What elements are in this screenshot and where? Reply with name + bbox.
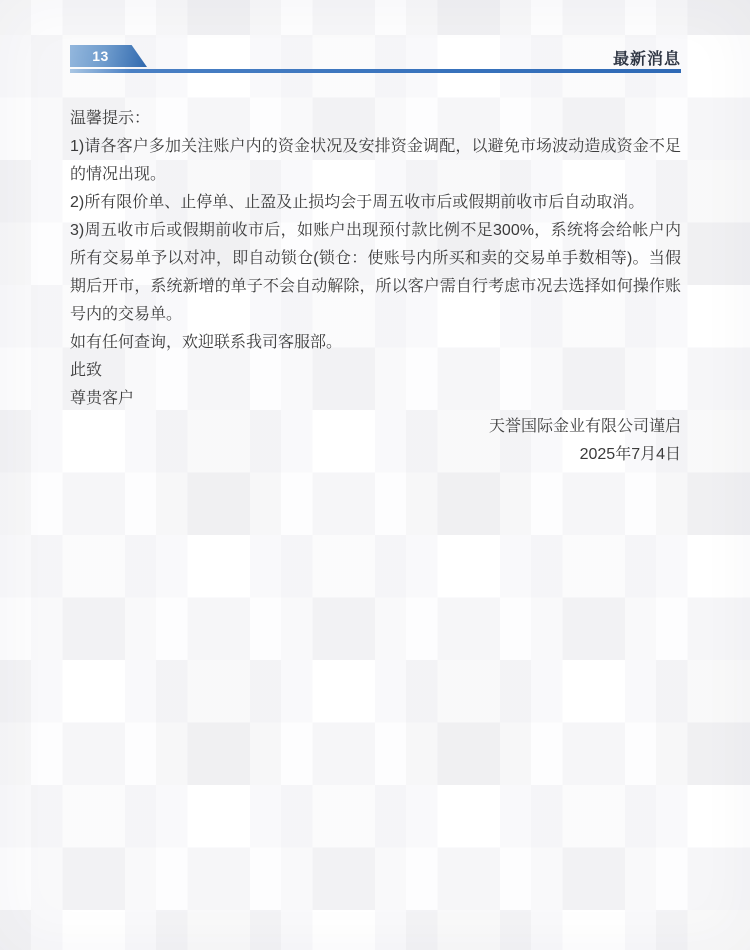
signature-line: 天誉国际金业有限公司谨启 [70, 413, 681, 441]
tip-line-2: 2)所有限价单、止停单、止盈及止损均会于周五收市后或假期前收市后自动取消。 [70, 189, 681, 217]
page-number-badge: 13 [70, 45, 147, 67]
tip-line-3: 3)周五收市后或假期前收市后，如账户出现预付款比例不足300%，系统将会给帐户内… [70, 217, 681, 329]
letter-body: 温馨提示： 1)请各客户多加关注账户内的资金状况及安排资金调配，以避免市场波动造… [70, 105, 681, 469]
page-number: 13 [92, 48, 109, 64]
header-divider [70, 69, 681, 73]
closing-line-1: 此致 [70, 357, 681, 385]
date-line: 2025年7月4日 [70, 441, 681, 469]
closing-line-2: 尊贵客户 [70, 385, 681, 413]
tip-line-1: 1)请各客户多加关注账户内的资金状况及安排资金调配，以避免市场波动造成资金不足的… [70, 133, 681, 189]
page-title: 最新消息 [613, 46, 681, 69]
tips-title: 温馨提示： [70, 105, 681, 133]
contact-line: 如有任何查询，欢迎联系我司客服部。 [70, 329, 681, 357]
document-page: 13 最新消息 温馨提示： 1)请各客户多加关注账户内的资金状况及安排资金调配，… [0, 0, 750, 950]
